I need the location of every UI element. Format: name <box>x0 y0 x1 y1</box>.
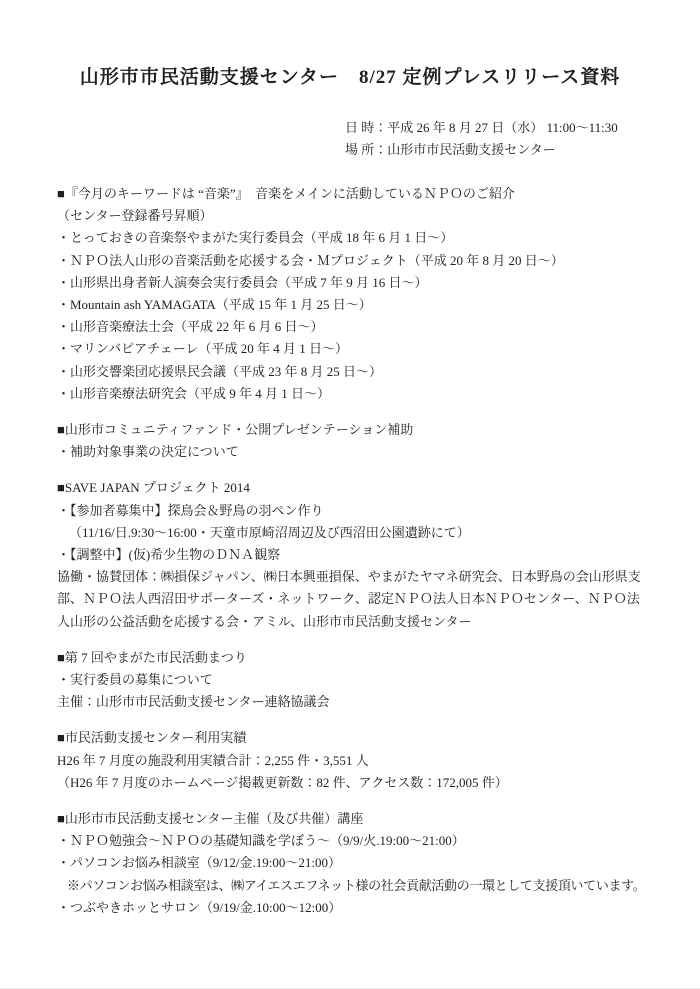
section-heading: ■山形市コミュニティファンド・公開プレゼンテーション補助 <box>57 419 643 441</box>
doc-line: 主催：山形市市民活動支援センター連絡協議会 <box>57 691 643 713</box>
meta-datetime: 日 時：平成 26 年 8 月 27 日（水） 11:00～11:30 <box>345 117 643 139</box>
doc-line: （11/16/日.9:30～16:00・天童市原崎沼周辺及び西沼田公園遺跡にて） <box>57 522 643 544</box>
list-item: ・山形交響楽団応援県民会議（平成 23 年 8 月 25 日～） <box>57 361 643 383</box>
section-citizen-festival: ■第 7 回やまがた市民活動まつり ・実行委員の募集について 主催：山形市市民活… <box>57 647 643 714</box>
list-item: ・山形音楽療法研究会（平成 9 年 4 月 1 日～） <box>57 383 643 405</box>
meta-block: 日 時：平成 26 年 8 月 27 日（水） 11:00～11:30 場 所：… <box>345 117 643 161</box>
list-item: ・とっておきの音楽祭やまがた実行委員会（平成 18 年 6 月 1 日～） <box>57 227 643 249</box>
press-release-page: 山形市市民活動支援センター 8/27 定例プレスリリース資料 日 時：平成 26… <box>0 0 700 989</box>
list-item: ・山形県出身者新人演奏会実行委員会（平成 7 年 9 月 16 日～） <box>57 272 643 294</box>
meta-place: 場 所：山形市市民活動支援センター <box>345 139 643 161</box>
list-item: ・つぶやきホッとサロン（9/19/金.10:00～12:00） <box>57 897 643 919</box>
doc-note: ※パソコンお悩み相談室は、㈱アイエスエフネット様の社会貢献活動の一環として支援頂… <box>57 875 643 897</box>
section-heading: ■『今月のキーワードは “音楽”』 音楽をメインに活動しているＮＰＯのご紹介 <box>57 183 643 205</box>
list-item: ・【参加者募集中】探鳥会＆野鳥の羽ペン作り <box>57 500 643 522</box>
list-item: ・実行委員の募集について <box>57 669 643 691</box>
doc-line: （H26 年 7 月度のホームページ掲載更新数：82 件、アクセス数：172,0… <box>57 772 643 794</box>
list-item: ・マリンバピアチェーレ（平成 20 年 4 月 1 日～） <box>57 338 643 360</box>
doc-paragraph: 協働・協賛団体：㈱損保ジャパン、㈱日本興亜損保、やまがたヤマネ研究会、日本野鳥の… <box>57 566 643 633</box>
section-save-japan: ■SAVE JAPAN プロジェクト 2014 ・【参加者募集中】探鳥会＆野鳥の… <box>57 477 643 632</box>
section-heading: ■山形市市民活動支援センター主催（及び共催）講座 <box>57 808 643 830</box>
list-item: ・山形音楽療法士会（平成 22 年 6 月 6 日～） <box>57 316 643 338</box>
list-item: ・ＮＰＯ法人山形の音楽活動を応援する会・Ｍプロジェクト（平成 20 年 8 月 … <box>57 250 643 272</box>
page-title: 山形市市民活動支援センター 8/27 定例プレスリリース資料 <box>57 64 643 91</box>
list-item: ・補助対象事業の決定について <box>57 441 643 463</box>
section-heading: ■第 7 回やまがた市民活動まつり <box>57 647 643 669</box>
section-community-fund: ■山形市コミュニティファンド・公開プレゼンテーション補助 ・補助対象事業の決定に… <box>57 419 643 463</box>
section-keyword-music-npo: ■『今月のキーワードは “音楽”』 音楽をメインに活動しているＮＰＯのご紹介 （… <box>57 183 643 405</box>
section-lectures: ■山形市市民活動支援センター主催（及び共催）講座 ・ＮＰＯ勉強会～ＮＰＯの基礎知… <box>57 808 643 919</box>
list-item: ・Mountain ash YAMAGATA（平成 15 年 1 月 25 日～… <box>57 294 643 316</box>
doc-line: （センター登録番号昇順） <box>57 205 643 227</box>
section-heading: ■市民活動支援センター利用実績 <box>57 727 643 749</box>
section-heading: ■SAVE JAPAN プロジェクト 2014 <box>57 477 643 499</box>
list-item: ・【調整中】(仮)希少生物のＤＮＡ観察 <box>57 544 643 566</box>
list-item: ・パソコンお悩み相談室（9/12/金.19:00～21:00） <box>57 852 643 874</box>
doc-line: H26 年 7 月度の施設利用実績合計：2,255 件・3,551 人 <box>57 750 643 772</box>
section-usage-stats: ■市民活動支援センター利用実績 H26 年 7 月度の施設利用実績合計：2,25… <box>57 727 643 794</box>
list-item: ・ＮＰＯ勉強会～ＮＰＯの基礎知識を学ぼう～（9/9/火.19:00～21:00） <box>57 830 643 852</box>
